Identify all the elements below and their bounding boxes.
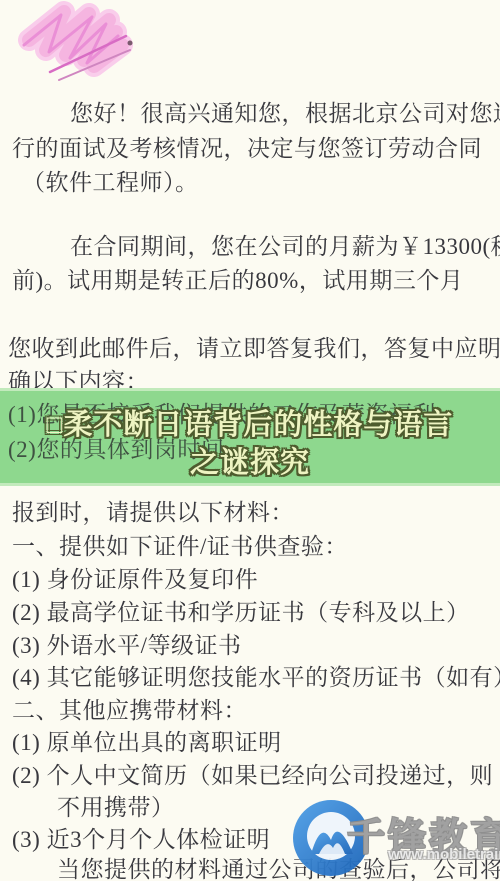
overlay-title-line2: 之谜探究	[0, 440, 500, 481]
list-item: (1) 原单位出具的离职证明	[12, 724, 282, 757]
section-title: 一、提供如下证件/证书供查验：	[12, 528, 348, 561]
letter-line: 前)。试用期是转正后的80%，试用期三个月	[12, 262, 463, 295]
letter-line: 行的面试及考核情况，决定与您签订劳动合同	[12, 130, 482, 163]
list-item: (2) 最高学位证书和学历证书（专科及以上）	[12, 594, 470, 627]
letter-line: 在合同期间，您在公司的月薪为￥13300(税	[70, 228, 500, 261]
list-item: (3) 近3个月个人体检证明	[12, 821, 270, 854]
list-item: (1) 身份证原件及复印件	[12, 561, 258, 594]
overlay-title-text: 柔不断日语背后的性格与语言	[63, 409, 453, 441]
letter-line: （软件工程师）。	[22, 164, 199, 197]
url-watermark: www.mobiletrain.org	[388, 846, 500, 863]
section-title: 二、其他应携带材料：	[12, 692, 247, 725]
overlay-title-line1: □柔不断日语背后的性格与语言	[0, 402, 500, 443]
list-item: (4) 其它能够证明您技能水平的资历证书（如有）	[12, 659, 500, 692]
letter-line: 您好！很高兴通知您，根据北京公司对您进	[70, 95, 500, 128]
pen-dot	[128, 41, 133, 46]
list-item-continuation: 不用携带）	[57, 789, 175, 822]
list-item: (2) 个人中文简历（如果已经向公司投递过，则	[12, 757, 493, 790]
letter-line: 您收到此邮件后，请立即答复我们，答复中应明	[8, 330, 500, 363]
document-photo: 您好！很高兴通知您，根据北京公司对您进 行的面试及考核情况，决定与您签订劳动合同…	[0, 0, 500, 881]
list-item: (3) 外语水平/等级证书	[12, 627, 241, 660]
letter-line: 报到时，请提供以下材料：	[12, 494, 294, 527]
missing-glyph-box: □	[47, 409, 64, 440]
